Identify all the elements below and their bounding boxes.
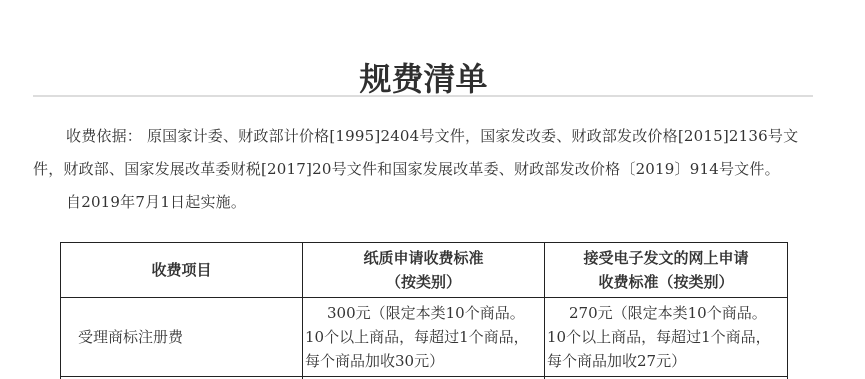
header-fee-item-label: 收费项目	[151, 261, 211, 279]
paper-fee-cell: 300元（限定本类10个商品。10个以上商品，每超过1个商品，每个商品加收30元…	[303, 298, 545, 377]
intro-text: 收费依据： 原国家计委、财政部计价格[1995]2404号文件，国家发改委、财政…	[33, 120, 813, 219]
table-header-row: 收费项目 纸质申请收费标准 （按类别） 接受电子发文的网上申请 收费标准（按类别…	[61, 243, 788, 298]
paper-fee-text: 300元（限定本类10个商品。10个以上商品，每超过1个商品，每个商品加收30元…	[305, 304, 529, 370]
header-online-fee-line1: 接受电子发文的网上申请	[545, 246, 787, 270]
header-paper-fee-line1: 纸质申请收费标准	[303, 246, 544, 270]
table-row: 受理商标注册费 300元（限定本类10个商品。10个以上商品，每超过1个商品，每…	[61, 298, 788, 377]
online-fee-text: 270元（限定本类10个商品。10个以上商品，每超过1个商品，每个商品加收27元…	[547, 304, 771, 370]
title-divider	[33, 95, 813, 97]
effective-date-paragraph: 自2019年7月1日起实施。	[33, 186, 813, 219]
fee-table: 收费项目 纸质申请收费标准 （按类别） 接受电子发文的网上申请 收费标准（按类别…	[60, 242, 788, 379]
header-fee-item: 收费项目	[61, 243, 303, 298]
fee-basis-paragraph: 收费依据： 原国家计委、财政部计价格[1995]2404号文件，国家发改委、财政…	[33, 120, 813, 186]
online-fee-cell: 270元（限定本类10个商品。10个以上商品，每超过1个商品，每个商品加收27元…	[545, 298, 788, 377]
page-title: 规费清单	[0, 59, 847, 99]
header-online-fee-line2: 收费标准（按类别）	[545, 270, 787, 294]
header-paper-fee: 纸质申请收费标准 （按类别）	[303, 243, 545, 298]
header-paper-fee-line2: （按类别）	[303, 270, 544, 294]
fee-item-cell: 受理商标注册费	[61, 298, 303, 377]
header-online-fee: 接受电子发文的网上申请 收费标准（按类别）	[545, 243, 788, 298]
